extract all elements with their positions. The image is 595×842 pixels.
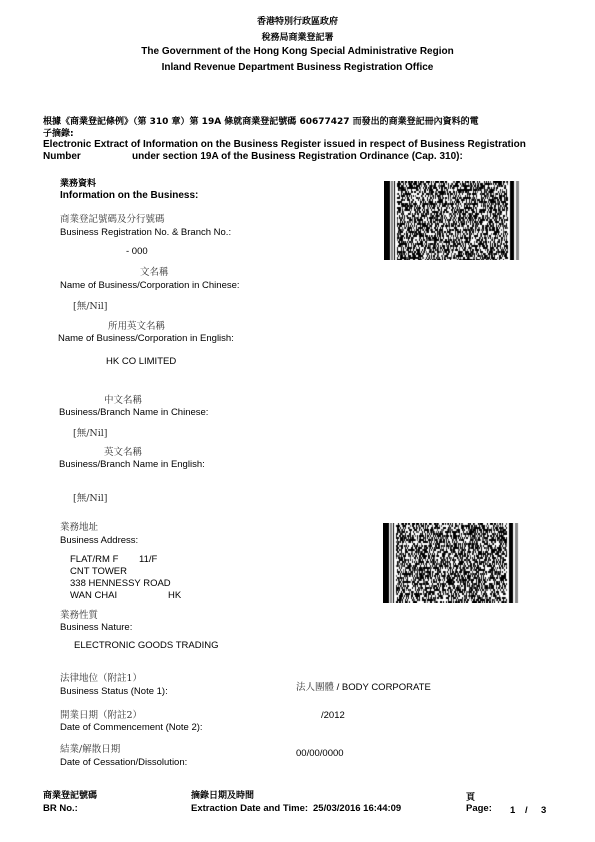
footer-page-current: 1 [510,805,515,816]
name-zh-label-zh: 文名稱 [140,264,169,278]
br-no-label-zh: 商業登記號碼及分行號碼 [60,211,165,225]
header-en-line1: The Government of the Hong Kong Special … [0,46,595,57]
commencement-value: /2012 [321,710,345,721]
branch-zh-label-en: Business/Branch Name in Chinese: [59,407,208,418]
footer-page-label-en: Page: [466,803,492,814]
address-region: HK [168,590,181,601]
section-title-en: Information on the Business: [60,190,198,201]
footer-extract-value: 25/03/2016 16:44:09 [313,803,401,814]
footer-br-label-zh: 商業登記號碼 [43,788,97,801]
address-floor: 11/F [139,554,157,565]
intro-en-line2-rest: under section 19A of the Business Regist… [132,151,463,162]
name-zh-value: [無/Nil] [73,298,108,312]
name-en-label-en: Name of Business/Corporation in English: [58,333,234,344]
commencement-label-zh: 開業日期（附註2） [60,707,142,721]
name-en-label-zh: 所用英文名稱 [108,318,165,332]
br-no-label-en: Business Registration No. & Branch No.: [60,227,231,238]
address-street: 338 HENNESSY ROAD [70,578,171,589]
footer-extract-label-en: Extraction Date and Time: [191,803,308,814]
footer-extract-label-zh: 摘錄日期及時間 [191,788,254,801]
address-label-en: Business Address: [60,535,138,546]
br-no-value: - 000 [126,246,148,257]
status-value-zh: 法人團體 [296,682,334,693]
header-zh-line1: 香港特別行政區政府 [0,14,595,27]
footer-br-label-en: BR No.: [43,803,78,814]
nature-value: ELECTRONIC GOODS TRADING [74,640,218,651]
status-value-en: / BODY CORPORATE [334,682,431,693]
header-zh-line2: 稅務局商業登記署 [0,30,595,43]
intro-en-line1: Electronic Extract of Information on the… [43,139,526,150]
branch-en-label-zh: 英文名稱 [104,444,142,458]
address-building: CNT TOWER [70,566,127,577]
intro-zh-line1: 根據《商業登記條例》（第 310 章）第 19A 條就商業登記號碼 606774… [43,114,479,127]
cessation-label-en: Date of Cessation/Dissolution: [60,757,187,768]
intro-en-line2-number: Number [43,151,81,162]
address-label-zh: 業務地址 [60,519,98,533]
address-district: WAN CHAI [70,590,117,601]
branch-zh-label-zh: 中文名稱 [104,392,142,406]
nature-label-zh: 業務性質 [60,607,98,621]
header-en-line2: Inland Revenue Department Business Regis… [0,62,595,73]
branch-en-label-en: Business/Branch Name in English: [59,459,205,470]
commencement-label-en: Date of Commencement (Note 2): [60,722,203,733]
status-value: 法人團體 / BODY CORPORATE [296,679,431,693]
branch-zh-value: [無/Nil] [73,425,108,439]
address-flat: FLAT/RM F [70,554,118,565]
footer-page-total: 3 [541,805,546,816]
status-label-en: Business Status (Note 1): [60,686,168,697]
pdf417-barcode-top [384,181,522,260]
branch-en-value: [無/Nil] [73,490,108,504]
pdf417-barcode-address [383,523,521,603]
section-title-zh: 業務資料 [60,176,96,189]
status-label-zh: 法律地位（附註1） [60,670,142,684]
footer-page-label-zh: 頁 [466,790,475,803]
cessation-label-zh: 結業/解散日期 [60,741,120,755]
nature-label-en: Business Nature: [60,622,132,633]
intro-zh-line2: 子摘錄: [43,126,74,139]
name-en-value: HK CO LIMITED [106,356,176,367]
cessation-value: 00/00/0000 [296,748,344,759]
name-zh-label-en: Name of Business/Corporation in Chinese: [60,280,240,291]
footer-page-separator: / [525,805,528,816]
